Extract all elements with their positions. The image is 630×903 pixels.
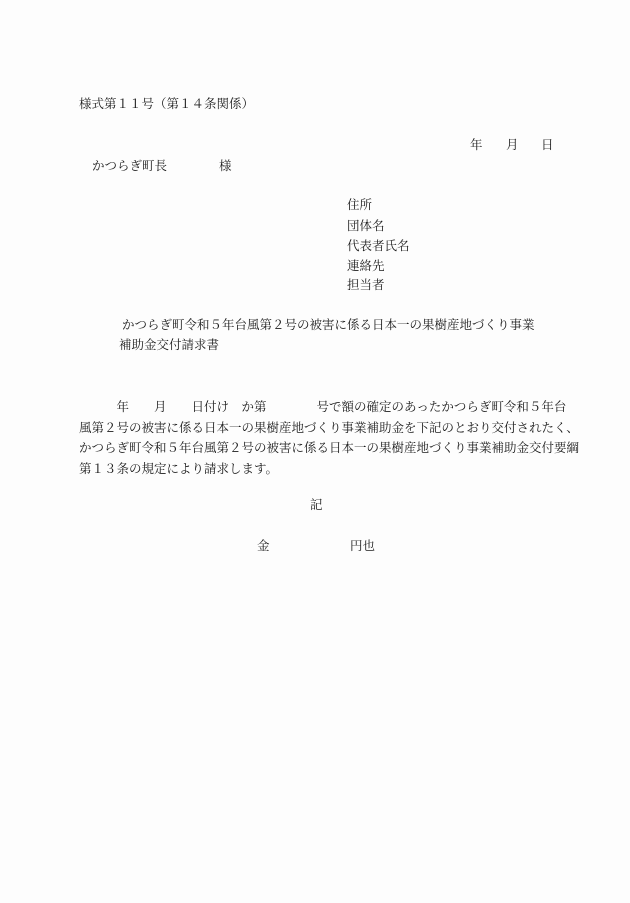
document-title-line-1: かつらぎ町令和５年台風第２号の被害に係る日本一の果樹産地づくり事業 bbox=[122, 319, 535, 332]
note-heading: 記 bbox=[310, 499, 323, 512]
document-title-line-2: 補助金交付請求書 bbox=[119, 339, 219, 352]
body-line: 年 月 日付け か第 号で額の確定のあったかつらぎ町令和５年台 bbox=[79, 397, 549, 418]
date-month-label: 月 bbox=[506, 139, 519, 152]
applicant-field-address: 住所 bbox=[347, 199, 372, 212]
body-line: 第１３条の規定により請求します。 bbox=[79, 459, 549, 480]
date-day-label: 日 bbox=[541, 139, 554, 152]
addressee-honorific: 様 bbox=[219, 160, 232, 173]
applicant-field-contact: 連絡先 bbox=[347, 260, 385, 273]
date-year-label: 年 bbox=[470, 139, 483, 152]
body-paragraph: 年 月 日付け か第 号で額の確定のあったかつらぎ町令和５年台 風第２号の被害に… bbox=[79, 397, 549, 479]
addressee-name: かつらぎ町長 bbox=[92, 160, 167, 173]
body-line: かつらぎ町令和５年台風第２号の被害に係る日本一の果樹産地づくり事業補助金交付要綱 bbox=[79, 438, 549, 459]
form-number: 様式第１１号（第１４条関係） bbox=[79, 98, 254, 111]
applicant-field-organization: 団体名 bbox=[347, 220, 385, 233]
applicant-field-person-in-charge: 担当者 bbox=[347, 279, 385, 292]
amount-suffix: 円也 bbox=[350, 540, 375, 553]
amount-prefix: 金 bbox=[257, 540, 270, 553]
applicant-field-representative: 代表者氏名 bbox=[347, 240, 410, 253]
body-line: 風第２号の被害に係る日本一の果樹産地づくり事業補助金を下記のとおり交付されたく、 bbox=[79, 418, 549, 439]
